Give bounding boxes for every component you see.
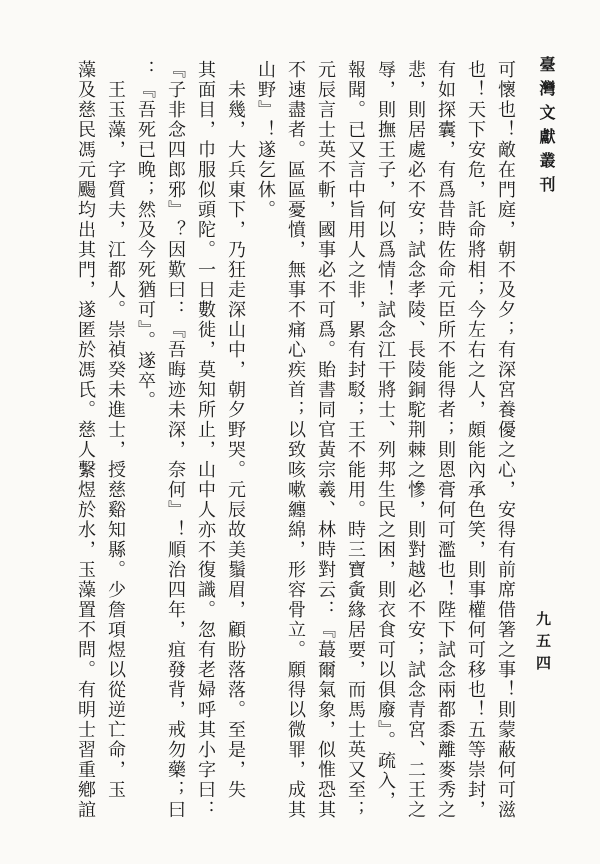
main-text-block: 可懷也！敵在門庭，朝不及夕；有深宮養優之心，安得有前席借箸之事！則蒙蔽何可滋 也… (70, 60, 520, 824)
series-title: 臺灣文獻叢刊 (535, 56, 558, 200)
text-column: 元辰言士英不斬，國事必不可爲。貽書同官黃宗羲、林時對云：『蕞爾氣象，似惟恐其 (310, 60, 340, 824)
scanned-page: 臺灣文獻叢刊 九五四 可懷也！敵在門庭，朝不及夕；有深宮養優之心，安得有前席借箸… (0, 0, 600, 864)
text-column: 可懷也！敵在門庭，朝不及夕；有深宮養優之心，安得有前席借箸之事！則蒙蔽何可滋 (490, 60, 520, 824)
text-column: 辱，則撫王子，何以爲情！試念江干將士、列邦生民之困，則衣食可以俱廢』。疏入， (370, 60, 400, 824)
text-column: 有如探囊，有爲昔時佐命元臣所不能得者；則恩膏何可濫也！陛下試念兩都黍離麥秀之 (430, 60, 460, 824)
text-column: ：『吾死已晚；然及今死猶可』。遂卒。 (130, 60, 160, 824)
text-column: 藻及慈民馮元颺均出其門，遂匿於馮氏。慈人繫煜於水，玉藻置不問。有明士習重鄕誼 (70, 60, 100, 824)
text-column: 報聞。已又言中旨用人之非，累有封駁；王不能用。時三寶夤緣居要，而馬士英又至； (340, 60, 370, 824)
text-column: 悲，則居處必不安；試念孝陵、長陵銅駝荆棘之慘，則對越必不安；試念青宮、二王之 (400, 60, 430, 824)
text-column: 不速盡者。區區憂憤，無事不痛心疾首；以致咳嗽纏綿，形容骨立。願得以微罪，成其 (280, 60, 310, 824)
text-column: 山野』！遂乞休。 (250, 60, 280, 824)
text-column-paragraph-start: 未幾，大兵東下，乃狂走深山中，朝夕野哭。元辰故美鬚眉，顧盼落落。至是，失 (220, 60, 250, 824)
page-number: 九五四 (533, 611, 554, 677)
text-column: 其面目，巾服似頭陀。一日數徙，莫知所止，山中人亦不復識。忽有老婦呼其小字曰： (190, 60, 220, 824)
text-column: 也！天下安危，託命將相；今左右之人，頗能內承色笑，則事權何可移也！五等崇封， (460, 60, 490, 824)
text-column: 『子非念四郎邪』？因歎曰：『吾晦迹未深，奈何』！順治四年，疽發背，戒勿藥；曰 (160, 60, 190, 824)
text-column-paragraph-start: 王玉藻，字質夫，江都人。崇禎癸未進士，授慈谿知縣。少詹項煜以從逆亡命，玉 (100, 60, 130, 824)
